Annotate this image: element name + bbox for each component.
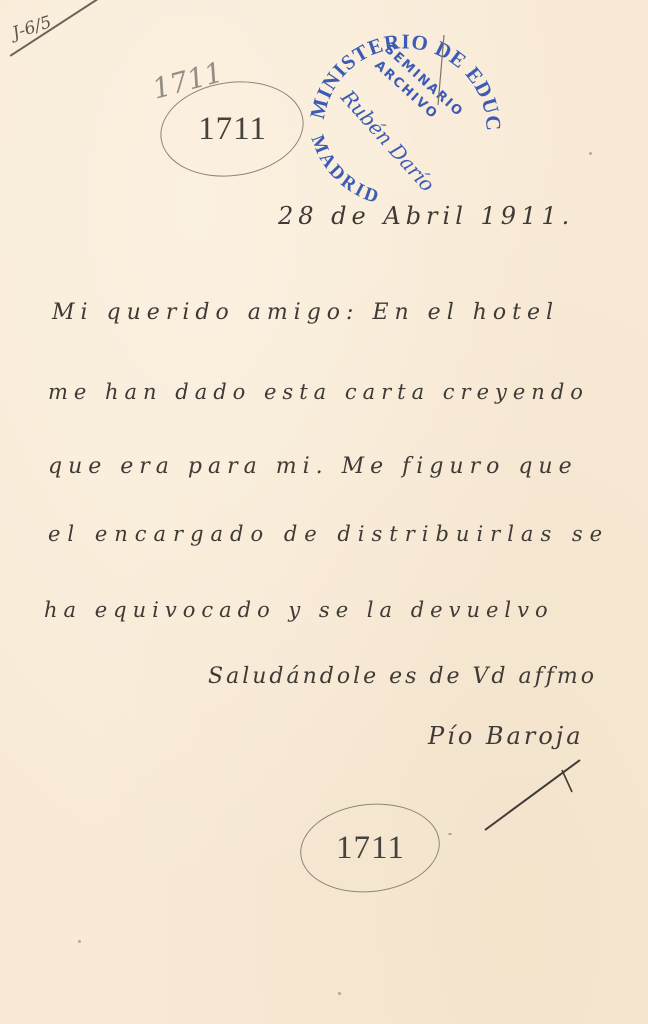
body-line-4: el encargado de distribuirlas se bbox=[48, 522, 609, 546]
svg-text:MADRID: MADRID bbox=[306, 132, 383, 209]
paper-speck bbox=[78, 940, 81, 943]
ministry-stamp: MINISTERIO DE EDUCACION NACIONAL MADRID … bbox=[296, 0, 506, 210]
letter-date: 28 de Abril 1911. bbox=[278, 202, 574, 230]
letter-closing: Saludándole es de Vd affmo bbox=[208, 664, 597, 689]
ministry-stamp-icon: MINISTERIO DE EDUCACION NACIONAL MADRID … bbox=[296, 0, 506, 210]
signature-flourish bbox=[480, 740, 600, 836]
catalog-number-top: 1711 bbox=[198, 111, 267, 148]
body-line-3: que era para mi. Me figuro que bbox=[48, 454, 578, 479]
paper-speck bbox=[338, 992, 341, 995]
paper-speck bbox=[589, 152, 592, 155]
body-line-2: me han dado esta carta creyendo bbox=[48, 380, 589, 404]
body-line-5: ha equivocado y se la devuelvo bbox=[44, 598, 554, 622]
body-line-1: Mi querido amigo: En el hotel bbox=[52, 300, 559, 325]
catalog-number-bottom: 1711 bbox=[336, 830, 405, 867]
paper-speck bbox=[448, 833, 452, 835]
